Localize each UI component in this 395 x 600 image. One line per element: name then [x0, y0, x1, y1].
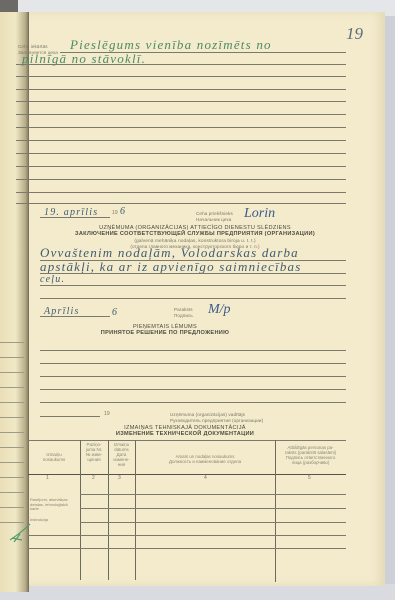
- tech-doc-title-ru: ИЗМЕНЕНИЕ ТЕХНИЧЕСКОЙ ДОКУМЕНТАЦИИ: [80, 431, 290, 437]
- column-number-4: 4: [204, 475, 207, 481]
- column-number-1: 1: [46, 475, 49, 481]
- row-label-instruction: Instrukcija: [30, 517, 80, 522]
- decision-title-ru: ПРИНЯТОЕ РЕШЕНИЕ ПО ПРЕДЛОЖЕНИЮ: [40, 330, 290, 336]
- row-label-drawings: Rasējumi, atsevišķas detaļas, tehnoloģis…: [30, 498, 80, 512]
- signed-label-ru: Подпись: [174, 313, 193, 318]
- column-number-2: 2: [92, 475, 95, 481]
- shop-head-signature: Lorin: [244, 206, 275, 222]
- column-header-4: Amats un nodaļas nosaukums Должность и н…: [135, 454, 275, 464]
- binding-page-edge: [0, 12, 29, 592]
- signed-label-lv: Paraksts: [174, 307, 193, 312]
- column-header-3: Izmaiņu datums Дата измене- ния: [108, 442, 135, 467]
- column-header-1: Izmaiņu nosaukums: [28, 452, 80, 462]
- proposal-label-lv: Ceha iekārtās: [18, 44, 48, 49]
- column-header-2: Paziņo- juma Nr. № изве- щения: [80, 442, 108, 462]
- signed-year: 6: [112, 306, 118, 320]
- conclusion-handwriting-line-2: apstākļi, ka ar iz apvienīgo saimniecība…: [40, 260, 302, 274]
- page-number: 19: [346, 24, 363, 44]
- manager-year-prefix: 19: [104, 412, 110, 417]
- shop-head-label-lv: Ceha priekšnieks: [196, 211, 233, 216]
- column-number-3: 3: [118, 475, 121, 481]
- manager-label-ru: Руководитель предприятия (организации): [170, 418, 263, 423]
- conclusion-handwriting-line-1: Ovvaštenim nodaļām, Volodarskas darba: [40, 246, 299, 260]
- green-pen-mark-icon: [8, 520, 32, 544]
- signed-signature: M/p: [208, 302, 231, 318]
- shop-head-year-prefix: 19: [112, 211, 118, 216]
- column-number-5: 5: [308, 475, 311, 481]
- scan-background-bottom: [0, 584, 395, 600]
- proposal-handwriting-line-1: Pieslēgums vienība nozīmēts no: [70, 38, 272, 52]
- shop-head-label-ru: Начальник цеха: [196, 217, 231, 222]
- column-header-5: Atbildīgās personas pa- raksts (parakstī…: [275, 445, 346, 465]
- manager-label-lv: Uzņēmuma (organizācijas) vadītājs: [170, 412, 245, 417]
- shop-head-year: 6: [120, 205, 126, 219]
- conclusion-title-ru: ЗАКЛЮЧЕНИЕ СООТВЕТСТВУЮЩЕЙ СЛУЖБЫ ПРЕДПР…: [40, 231, 350, 237]
